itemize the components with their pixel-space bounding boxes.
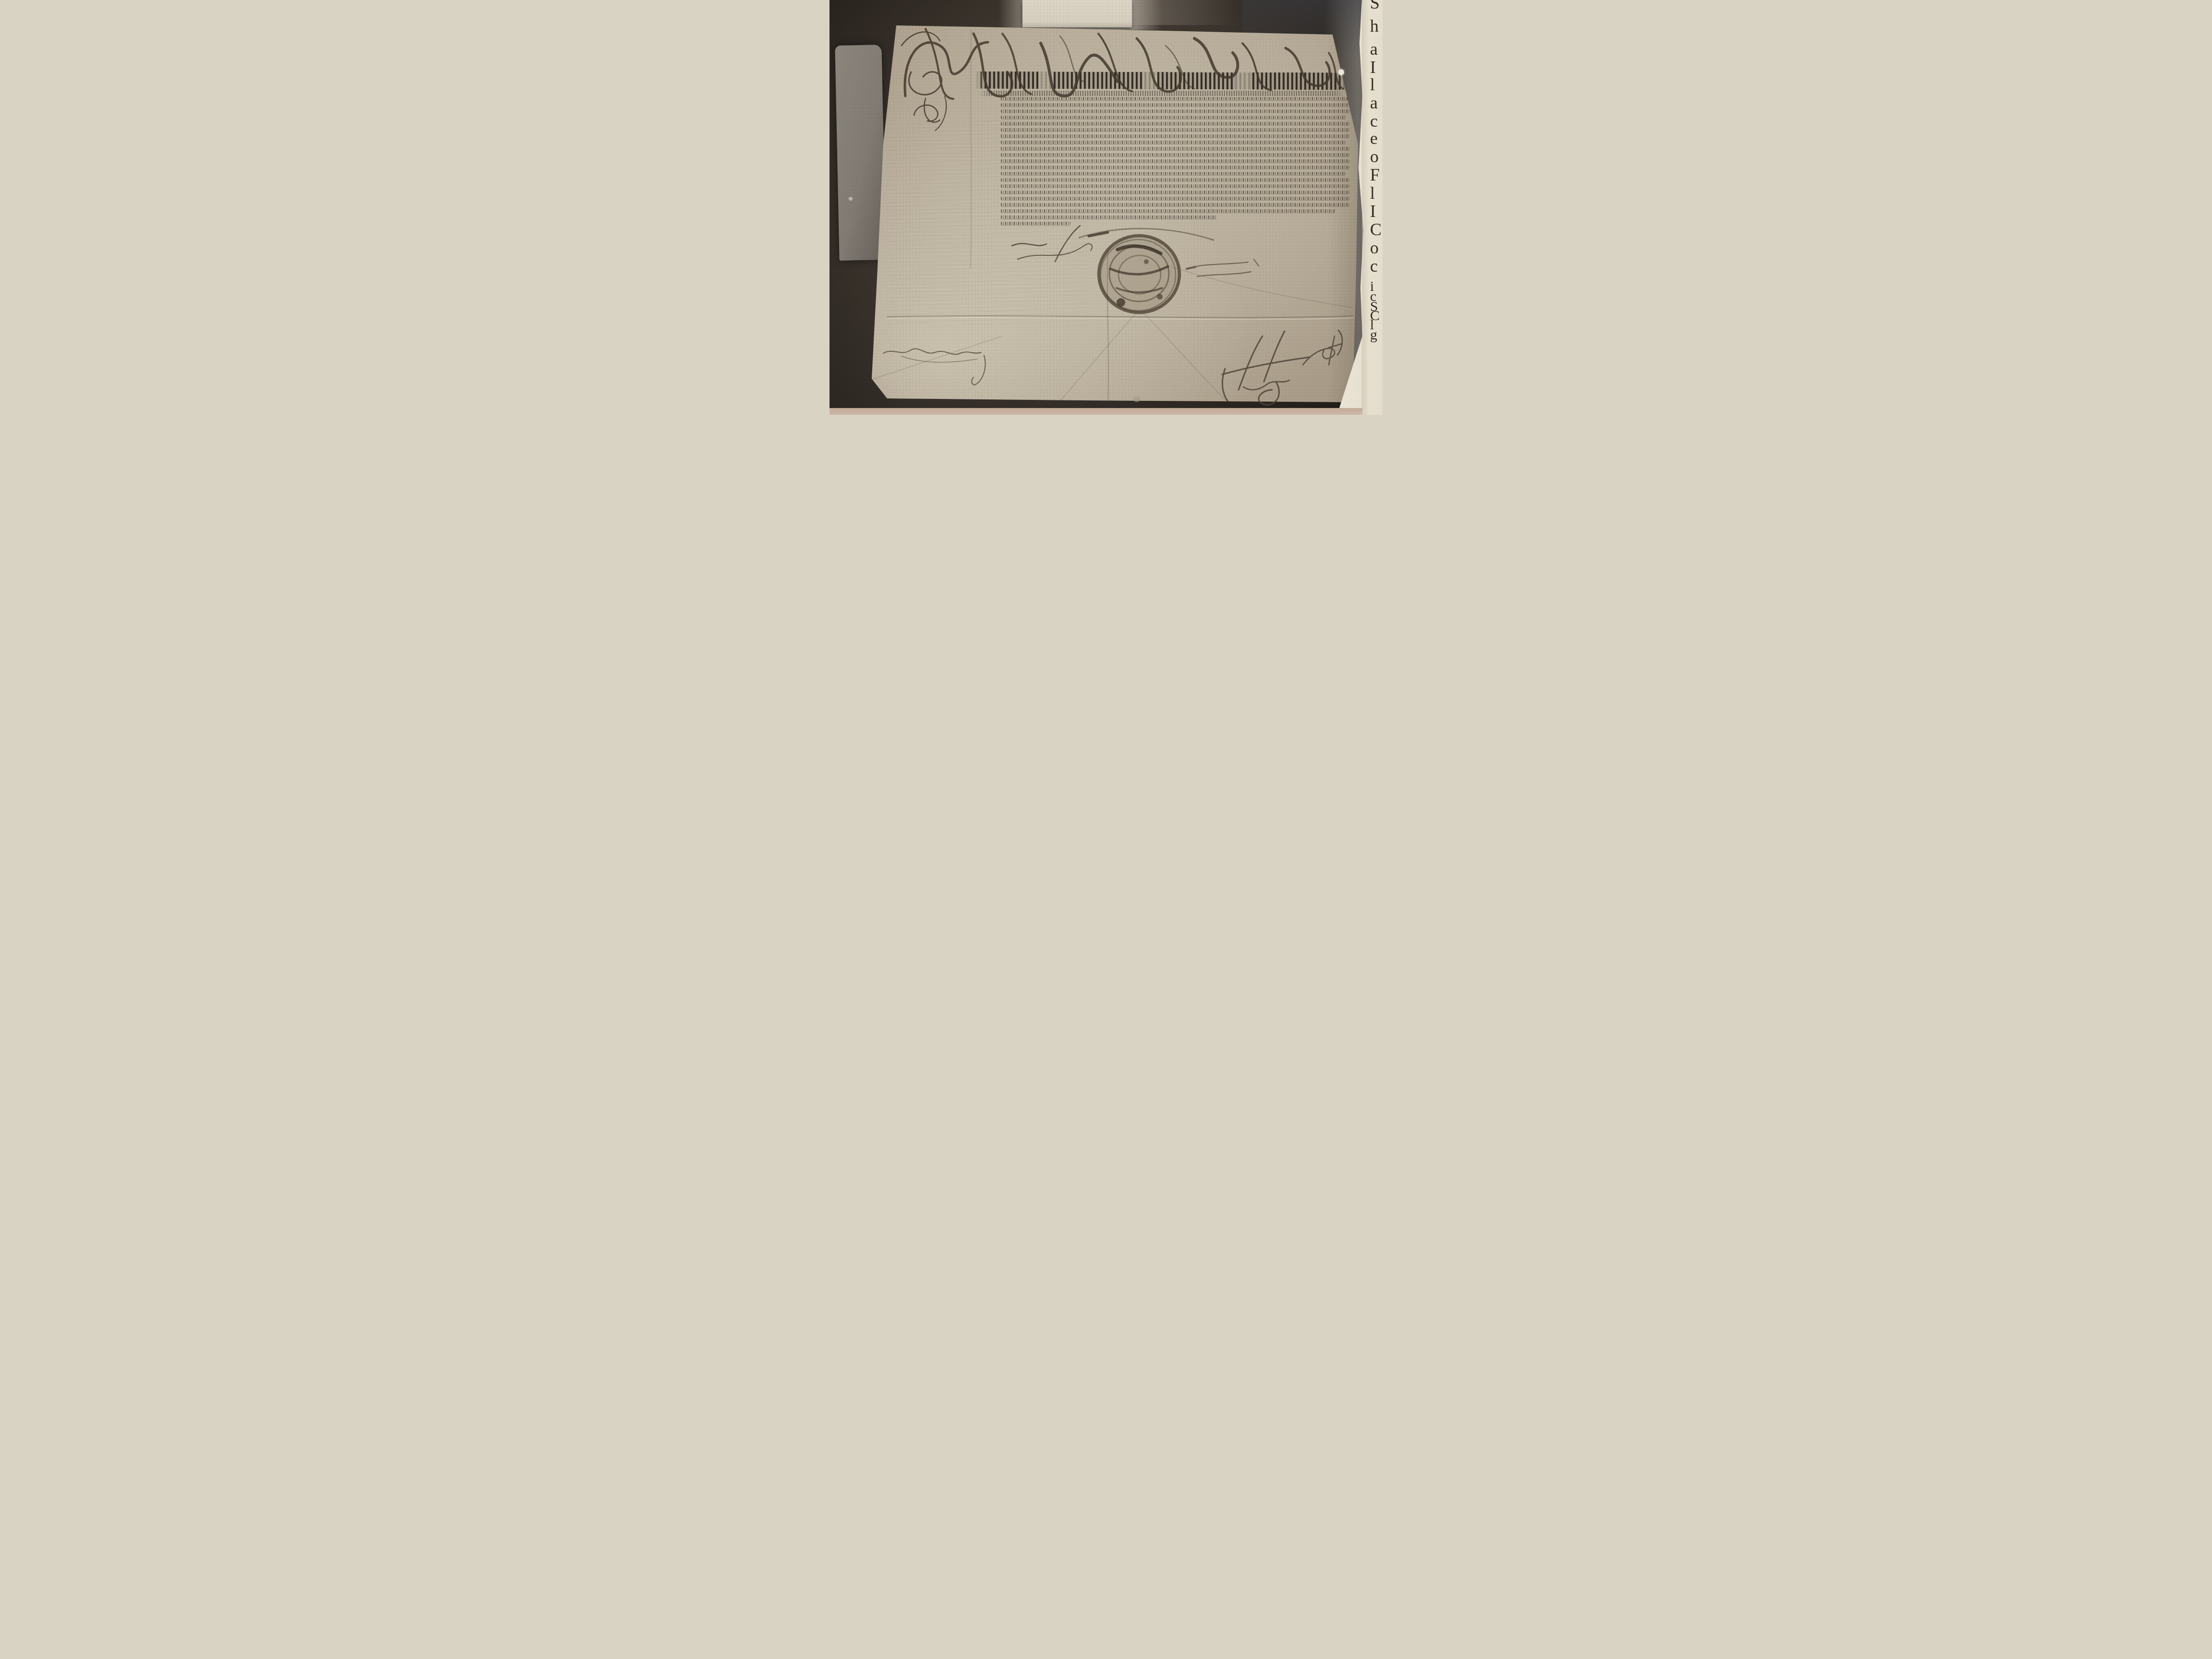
handwriting-line xyxy=(1001,184,1349,188)
handwriting-line xyxy=(1001,116,1346,119)
handwriting-line xyxy=(1001,203,1349,206)
margin-partial-letter: c xyxy=(1370,112,1378,130)
blackletter-word-gaps xyxy=(976,71,1346,90)
margin-partial-letter: o xyxy=(1370,148,1379,165)
handwriting-line xyxy=(1001,222,1070,225)
margin-partial-letter: a xyxy=(1370,94,1378,111)
handwriting-line xyxy=(1001,159,1349,163)
chancery-subline xyxy=(979,91,1345,96)
push-pin-gray xyxy=(1133,397,1140,402)
handwriting-line xyxy=(1001,134,1349,138)
handwriting-line xyxy=(1001,166,1349,169)
margin-partial-letter: l xyxy=(1370,76,1375,93)
panel-dot xyxy=(849,197,853,201)
margin-partial-letter: c xyxy=(1370,257,1378,275)
margin-partial-letter: o xyxy=(1370,239,1379,256)
light-paper-strip xyxy=(1022,0,1132,27)
handwriting-line xyxy=(1001,141,1346,144)
handwriting-line xyxy=(1001,103,1349,107)
margin-partial-letter: I xyxy=(1370,203,1376,220)
handwriting-line xyxy=(1001,178,1349,181)
margin-partial-letter: h xyxy=(1370,17,1379,35)
margin-partial-letter: e xyxy=(1370,130,1378,147)
parchment-charter xyxy=(829,0,1382,415)
book-page-with-charter-photo: ShaIlaceoFlICocicSClg xyxy=(829,0,1382,415)
body-text-block xyxy=(1001,97,1349,228)
gray-panel-object xyxy=(835,45,886,261)
margin-partial-letter: F xyxy=(1370,166,1380,183)
handwriting-line xyxy=(1001,216,1217,219)
push-pin-white xyxy=(1338,69,1344,75)
handwriting-line xyxy=(1001,97,1349,100)
top-strip-gray-tail xyxy=(1132,0,1238,25)
margin-partial-letter: g xyxy=(1370,328,1377,342)
handwriting-line xyxy=(1001,128,1349,132)
handwriting-line xyxy=(1001,191,1349,194)
page-bottom-strip xyxy=(829,408,1362,415)
handwriting-line xyxy=(1001,122,1349,125)
handwriting-line xyxy=(1001,109,1349,113)
handwriting-line xyxy=(1001,153,1349,156)
halftone-photograph xyxy=(829,0,1382,415)
margin-partial-letter: S xyxy=(1370,0,1380,12)
margin-partial-letter: l xyxy=(1370,184,1375,202)
handwriting-line xyxy=(1001,147,1349,150)
handwriting-line xyxy=(1001,197,1349,200)
margin-partial-letter: a xyxy=(1370,40,1378,58)
handwriting-line xyxy=(1001,172,1346,175)
handwriting-line xyxy=(1001,209,1335,213)
margin-partial-letter: C xyxy=(1370,221,1382,238)
margin-partial-letter: I xyxy=(1370,59,1376,76)
margin-text-column: ShaIlaceoFlICocicSClg xyxy=(1362,0,1382,415)
